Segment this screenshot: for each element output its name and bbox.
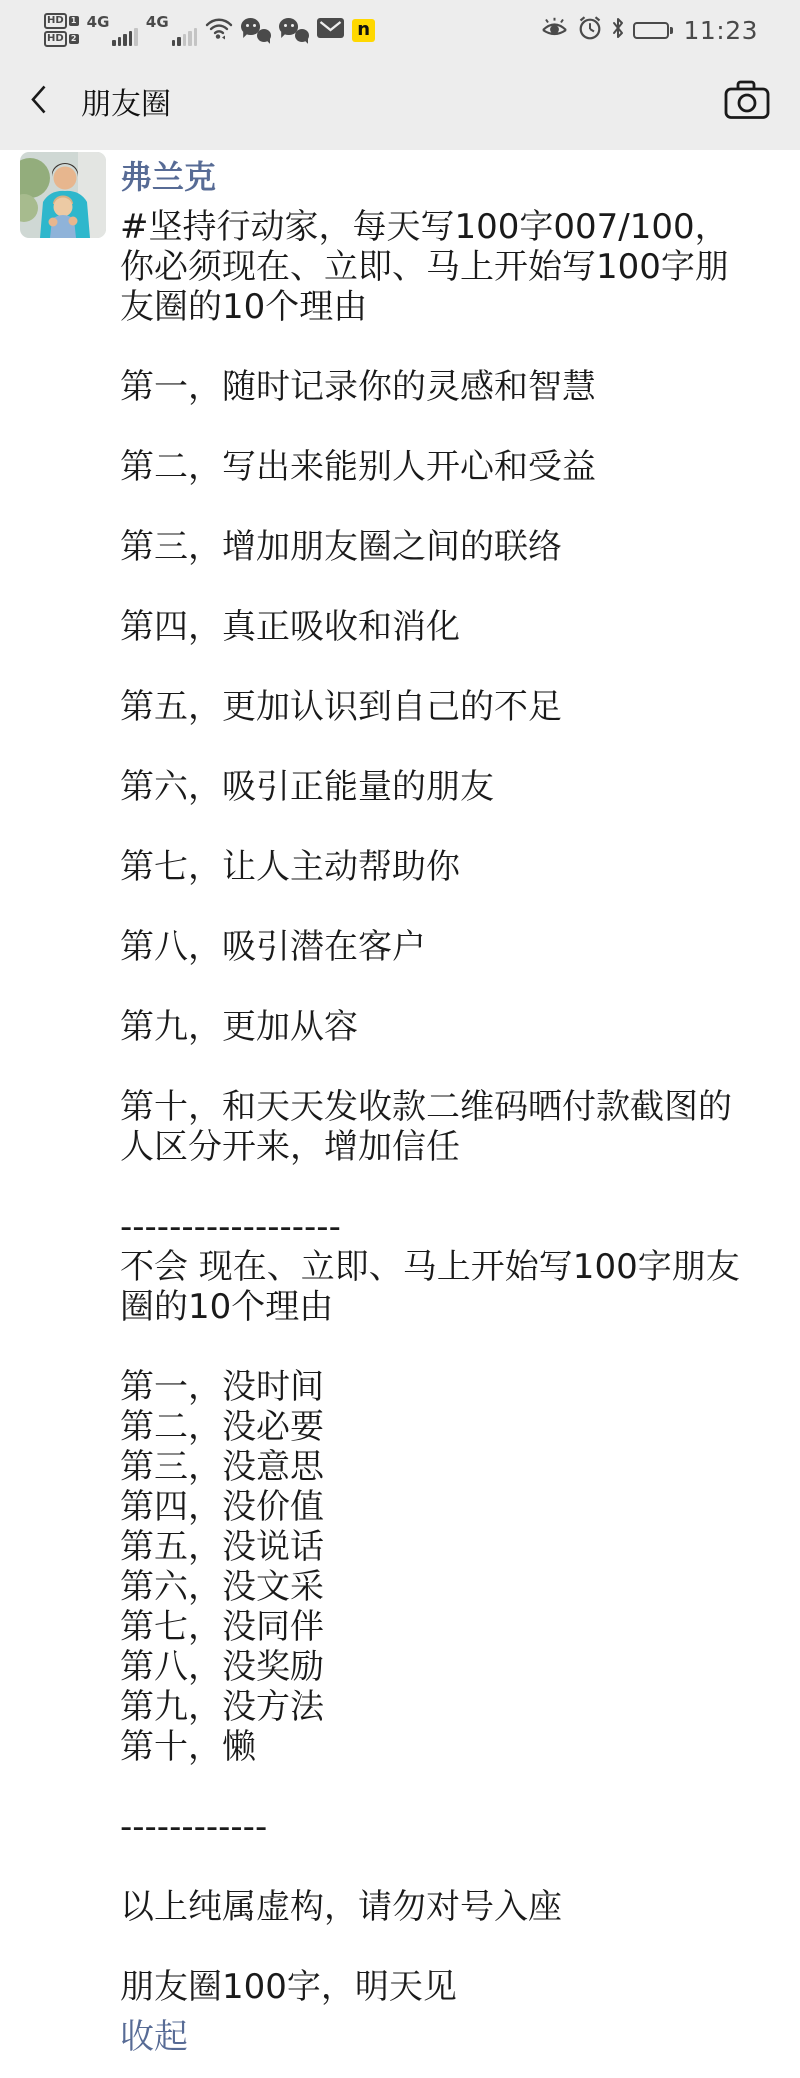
status-left-cluster: HD 1 HD 2 4G 4G [44, 12, 375, 48]
avatar[interactable] [20, 152, 106, 238]
mail-icon [317, 18, 344, 42]
avatar-photo [20, 152, 106, 238]
signal-4g-sim1: 4G [87, 12, 138, 48]
hd1-badge: HD 1 [44, 13, 79, 29]
wechat-icon [279, 17, 309, 43]
moments-post: 弗兰克 #坚持行动家，每天写100字007/100，你必须现在、立即、马上开始写… [0, 150, 800, 2057]
camera-icon [724, 80, 770, 123]
network-type-label: 4G [87, 15, 110, 30]
back-button[interactable] [30, 84, 47, 118]
signal-bars-icon [112, 28, 138, 46]
hd1-label: HD [44, 13, 67, 29]
bluetooth-icon [611, 16, 625, 44]
hd2-label: HD [44, 31, 67, 47]
clock-time: 11:23 [683, 16, 758, 45]
camera-button[interactable] [724, 80, 770, 123]
post-content: 弗兰克 #坚持行动家，每天写100字007/100，你必须现在、立即、马上开始写… [120, 152, 758, 2057]
hd2-badge: HD 2 [44, 31, 79, 47]
hd-badges: HD 1 HD 2 [44, 13, 79, 47]
top-bars: HD 1 HD 2 4G 4G [0, 0, 800, 150]
post-text: #坚持行动家，每天写100字007/100，你必须现在、立即、马上开始写100字… [120, 207, 758, 2007]
signal-4g-sim2: 4G [146, 12, 197, 48]
status-bar: HD 1 HD 2 4G 4G [0, 0, 800, 52]
author-name[interactable]: 弗兰克 [120, 158, 758, 196]
wechat-icon [241, 17, 271, 43]
collapse-link[interactable]: 收起 [120, 2017, 188, 2057]
battery-icon [633, 22, 669, 39]
eye-comfort-icon [540, 17, 569, 43]
hd1-sim-number: 1 [69, 16, 79, 26]
wifi-icon [205, 16, 233, 44]
signal-bars-icon [172, 28, 198, 46]
nav-bar: 朋友圈 [0, 52, 800, 150]
n-badge: n [352, 19, 375, 42]
hd2-sim-number: 2 [69, 34, 79, 44]
page-title: 朋友圈 [81, 79, 171, 123]
status-right-cluster: 11:23 [540, 15, 758, 45]
network-type-label: 4G [146, 15, 169, 30]
alarm-icon [577, 15, 603, 45]
back-chevron-icon [30, 84, 47, 118]
